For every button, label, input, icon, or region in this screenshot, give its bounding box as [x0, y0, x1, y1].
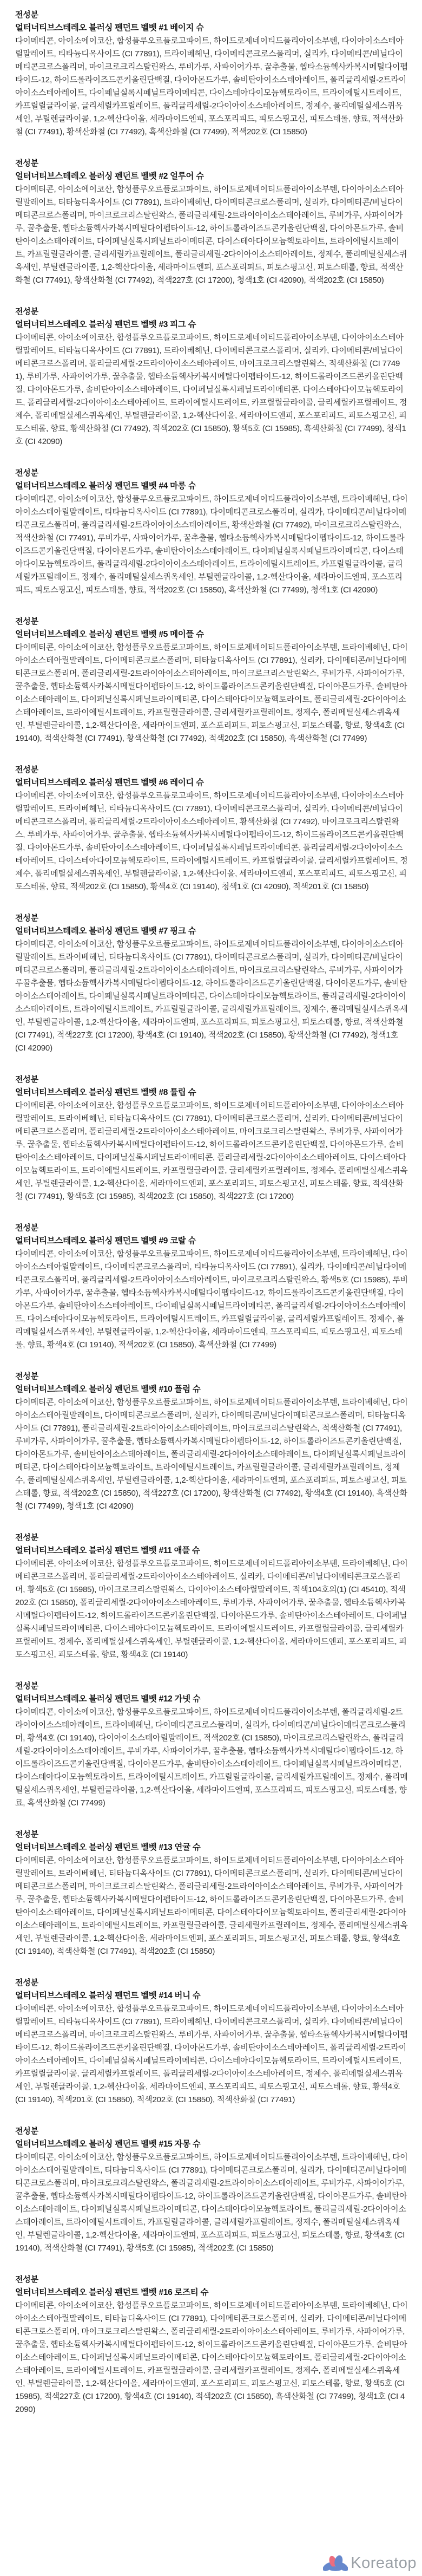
ingredient-section: 전성분 얼터너티브스테레오 블러싱 펜던트 벨벳 #11 애플 슈 다이메티콘,…: [15, 1531, 408, 1661]
product-title: 얼터너티브스테레오 블러싱 펜던트 벨벳 #14 버니 슈: [15, 1990, 408, 2003]
product-title: 얼터너티브스테레오 블러싱 펜던트 벨벳 #2 얼루어 슈: [15, 170, 408, 183]
ingredient-section: 전성분 얼터너티브스테레오 블러싱 펜던트 벨벳 #6 레이디 슈 다이메티콘,…: [15, 764, 408, 894]
ingredient-list: 다이메티콘, 아이소에이코산, 합성플루오르플로고파이트, 하이드로제네이티드폴…: [15, 35, 408, 139]
section-label: 전성분: [15, 1222, 408, 1235]
product-title: 얼터너티브스테레오 블러싱 펜던트 벨벳 #7 핑크 슈: [15, 925, 408, 938]
section-label: 전성분: [15, 764, 408, 777]
section-label: 전성분: [15, 9, 408, 22]
ingredient-section: 전성분 얼터너티브스테레오 블러싱 펜던트 벨벳 #1 베이지 슈 다이메티콘,…: [15, 9, 408, 139]
ingredient-list: 다이메티콘, 아이소에이코산, 합성플루오르플로고파이트, 하이드로제네이티드폴…: [15, 2299, 408, 2416]
ingredient-list: 다이메티콘, 아이소에이코산, 합성플루오르플로고파이트, 하이드로제네이티드폴…: [15, 183, 408, 287]
product-title: 얼터너티브스테레오 블러싱 펜던트 벨벳 #9 코랄 슈: [15, 1235, 408, 1248]
ingredient-list: 다이메티콘, 아이소에이코산, 합성플루오르플로고파이트, 하이드로제네이티드폴…: [15, 790, 408, 894]
ingredient-page: { "page": { "background": "#ffffff", "he…: [0, 0, 422, 2576]
section-label: 전성분: [15, 1370, 408, 1383]
ingredient-list: 다이메티콘, 아이소에이코산, 합성플루오르플로고파이트, 하이드로제네이티드폴…: [15, 2003, 408, 2107]
ingredient-list: 다이메티콘, 아이소에이코산, 합성플루오르플로고파이트, 하이드로제네이티드폴…: [15, 938, 408, 1055]
section-label: 전성분: [15, 1680, 408, 1693]
section-label: 전성분: [15, 615, 408, 628]
ingredient-list: 다이메티콘, 아이소에이코산, 합성플루오르플로고파이트, 하이드로제네이티드폴…: [15, 1706, 408, 1810]
section-label: 전성분: [15, 912, 408, 925]
section-list: 전성분 얼터너티브스테레오 블러싱 펜던트 벨벳 #1 베이지 슈 다이메티콘,…: [15, 9, 408, 2416]
section-label: 전성분: [15, 1531, 408, 1544]
product-title: 얼터너티브스테레오 블러싱 펜던트 벨벳 #13 연귤 슈: [15, 1841, 408, 1854]
ingredient-section: 전성분 얼터너티브스테레오 블러싱 펜던트 벨벳 #7 핑크 슈 다이메티콘, …: [15, 912, 408, 1055]
product-title: 얼터너티브스테레오 블러싱 펜던트 벨벳 #8 튤립 슈: [15, 1086, 408, 1099]
product-title: 얼터너티브스테레오 블러싱 펜던트 벨벳 #3 피그 슈: [15, 318, 408, 331]
product-title: 얼터너티브스테레오 블러싱 펜던트 벨벳 #6 레이디 슈: [15, 777, 408, 790]
section-label: 전성분: [15, 157, 408, 170]
product-title: 얼터너티브스테레오 블러싱 펜던트 벨벳 #4 마롱 슈: [15, 480, 408, 493]
product-title: 얼터너티브스테레오 블러싱 펜던트 벨벳 #16 로즈티 슈: [15, 2286, 408, 2299]
ingredient-section: 전성분 얼터너티브스테레오 블러싱 펜던트 벨벳 #15 자몽 슈 다이메티콘,…: [15, 2125, 408, 2255]
lotus-icon: [323, 2553, 348, 2573]
ingredient-list: 다이메티콘, 아이소에이코산, 합성플루오르플로고파이트, 하이드로제네이티드폴…: [15, 1099, 408, 1203]
ingredient-document: 전성분 얼터너티브스테레오 블러싱 펜던트 벨벳 #1 베이지 슈 다이메티콘,…: [0, 0, 422, 2473]
ingredient-list: 다이메티콘, 아이소에이코산, 합성플루오르플로고파이트, 하이드로제네이티드폴…: [15, 1248, 408, 1352]
watermark: Koreatop: [323, 2553, 417, 2573]
ingredient-list: 다이메티콘, 아이소에이코산, 합성플루오르플로고파이트, 하이드로제네이티드폴…: [15, 1396, 408, 1513]
ingredient-section: 전성분 얼터너티브스테레오 블러싱 펜던트 벨벳 #13 연귤 슈 다이메티콘,…: [15, 1828, 408, 1958]
product-title: 얼터너티브스테레오 블러싱 펜던트 벨벳 #15 자몽 슈: [15, 2138, 408, 2151]
ingredient-list: 다이메티콘, 아이소에이코산, 합성플루오르플로고파이트, 하이드로제네이티드폴…: [15, 1557, 408, 1661]
ingredient-list: 다이메티콘, 아이소에이코산, 합성플루오르플로고파이트, 하이드로제네이티드폴…: [15, 641, 408, 745]
ingredient-list: 다이메티콘, 아이소에이코산, 합성플루오르플로고파이트, 하이드로제네이티드폴…: [15, 493, 408, 597]
ingredient-section: 전성분 얼터너티브스테레오 블러싱 펜던트 벨벳 #9 코랄 슈 다이메티콘, …: [15, 1222, 408, 1352]
ingredient-section: 전성분 얼터너티브스테레오 블러싱 펜던트 벨벳 #8 튤립 슈 다이메티콘, …: [15, 1073, 408, 1203]
ingredient-list: 다이메티콘, 아이소에이코산, 합성플루오르플로고파이트, 하이드로제네이티드폴…: [15, 331, 408, 448]
ingredient-section: 전성분 얼터너티브스테레오 블러싱 펜던트 벨벳 #2 얼루어 슈 다이메티콘,…: [15, 157, 408, 287]
ingredient-section: 전성분 얼터너티브스테레오 블러싱 펜던트 벨벳 #4 마롱 슈 다이메티콘, …: [15, 467, 408, 597]
section-label: 전성분: [15, 1828, 408, 1841]
section-label: 전성분: [15, 467, 408, 480]
product-title: 얼터너티브스테레오 블러싱 펜던트 벨벳 #5 메이플 슈: [15, 628, 408, 641]
ingredient-section: 전성분 얼터너티브스테레오 블러싱 펜던트 벨벳 #10 플럼 슈 다이메티콘,…: [15, 1370, 408, 1513]
ingredient-section: 전성분 얼터너티브스테레오 블러싱 펜던트 벨벳 #14 버니 슈 다이메티콘,…: [15, 1977, 408, 2107]
ingredient-section: 전성분 얼터너티브스테레오 블러싱 펜던트 벨벳 #12 가넷 슈 다이메티콘,…: [15, 1680, 408, 1810]
ingredient-section: 전성분 얼터너티브스테레오 블러싱 펜던트 벨벳 #3 피그 슈 다이메티콘, …: [15, 305, 408, 448]
product-title: 얼터너티브스테레오 블러싱 펜던트 벨벳 #12 가넷 슈: [15, 1693, 408, 1706]
section-label: 전성분: [15, 2273, 408, 2286]
section-label: 전성분: [15, 305, 408, 318]
watermark-text: Koreatop: [351, 2554, 417, 2572]
product-title: 얼터너티브스테레오 블러싱 펜던트 벨벳 #1 베이지 슈: [15, 22, 408, 35]
ingredient-section: 전성분 얼터너티브스테레오 블러싱 펜던트 벨벳 #16 로즈티 슈 다이메티콘…: [15, 2273, 408, 2416]
ingredient-list: 다이메티콘, 아이소에이코산, 합성플루오르플로고파이트, 하이드로제네이티드폴…: [15, 2151, 408, 2255]
section-label: 전성분: [15, 1977, 408, 1990]
ingredient-section: 전성분 얼터너티브스테레오 블러싱 펜던트 벨벳 #5 메이플 슈 다이메티콘,…: [15, 615, 408, 745]
product-title: 얼터너티브스테레오 블러싱 펜던트 벨벳 #11 애플 슈: [15, 1544, 408, 1557]
ingredient-list: 다이메티콘, 아이소에이코산, 합성플루오르플로고파이트, 하이드로제네이티드폴…: [15, 1854, 408, 1958]
section-label: 전성분: [15, 1073, 408, 1086]
section-label: 전성분: [15, 2125, 408, 2138]
product-title: 얼터너티브스테레오 블러싱 펜던트 벨벳 #10 플럼 슈: [15, 1383, 408, 1396]
